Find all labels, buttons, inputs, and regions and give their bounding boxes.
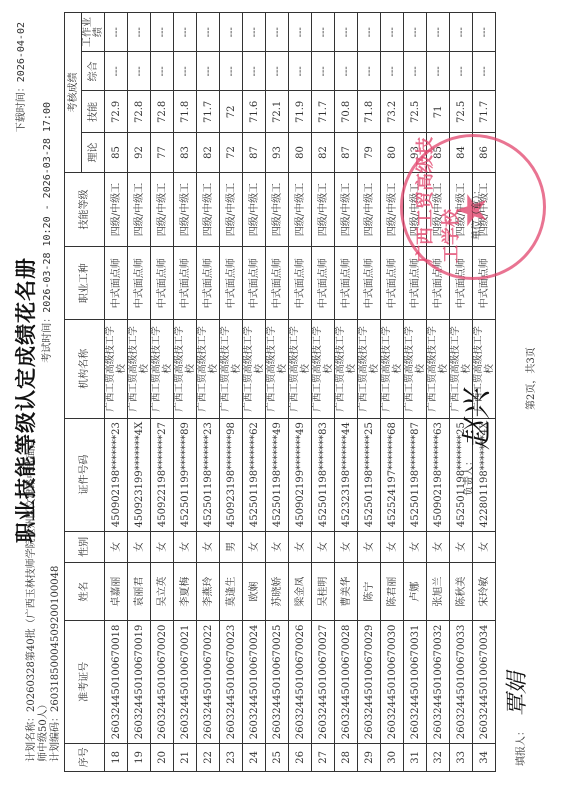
col-seq: 序号 — [65, 743, 105, 771]
cell-org: 广西工贸高级技工学校 — [266, 320, 289, 419]
cell-performance: --- — [312, 13, 335, 52]
col-overall: 综合 — [82, 52, 105, 91]
cell-name: 卓嘉丽 — [105, 563, 128, 621]
cell-seq: 26 — [289, 743, 312, 771]
cell-job: 中式面点师 — [335, 247, 358, 320]
cell-level: 四级/中级工 — [266, 172, 289, 247]
cell-ticket: 260324450100670024 — [243, 621, 266, 744]
table-row: 22260324450100670022李燕玲女452501198*******… — [197, 13, 220, 772]
cell-id: 452323198*******44 — [335, 418, 358, 531]
cell-org: 广西工贸高级技工学校 — [220, 320, 243, 419]
table-row: 24260324450100670024欧娴女452501198*******6… — [243, 13, 266, 772]
cell-job: 中式面点师 — [128, 247, 151, 320]
cell-name: 陈宁 — [358, 563, 381, 621]
cell-theory: 80 — [381, 133, 404, 172]
col-name: 姓名 — [65, 563, 105, 621]
cell-seq: 32 — [427, 743, 450, 771]
score-roster-page: 职业技能等级认定成绩花名册 下载时间：2026-04-02 考试时间：2026-… — [0, 0, 566, 800]
cell-skill: 71.8 — [174, 91, 197, 133]
table-row: 30260324450100670030陈君丽女452524197*******… — [381, 13, 404, 772]
cell-seq: 28 — [335, 743, 358, 771]
cell-id: 452501198*******83 — [312, 418, 335, 531]
cell-skill: 71 — [427, 91, 450, 133]
cell-job: 中式面点师 — [220, 247, 243, 320]
cell-skill: 70.8 — [335, 91, 358, 133]
cell-performance: --- — [105, 13, 128, 52]
table-row: 32260324450100670032张旭兰女450902198*******… — [427, 13, 450, 772]
cell-performance: --- — [174, 13, 197, 52]
cell-theory: 92 — [128, 133, 151, 172]
cell-ticket: 260324450100670029 — [358, 621, 381, 744]
col-ticket: 准考证号 — [65, 621, 105, 744]
cell-performance: --- — [450, 13, 473, 52]
cell-org: 广西工贸高级技工学校 — [105, 320, 128, 419]
cell-performance: --- — [358, 13, 381, 52]
cell-job: 中式面点师 — [151, 247, 174, 320]
cell-performance: --- — [266, 13, 289, 52]
cell-performance: --- — [289, 13, 312, 52]
col-id: 证件号码 — [65, 418, 105, 531]
cell-level: 四级/中级工 — [128, 172, 151, 247]
cell-overall: --- — [312, 52, 335, 91]
cell-seq: 24 — [243, 743, 266, 771]
cell-level: 四级/中级工 — [105, 172, 128, 247]
cell-skill: 71.8 — [358, 91, 381, 133]
cell-org: 广西工贸高级技工学校 — [289, 320, 312, 419]
table-row: 19260324450100670019袁丽君女450923199*******… — [128, 13, 151, 772]
col-scores: 考核成绩 — [65, 13, 82, 173]
col-theory: 理论 — [82, 133, 105, 172]
cell-id: 452501198*******23 — [197, 418, 220, 531]
cell-skill: 71.7 — [197, 91, 220, 133]
cell-seq: 23 — [220, 743, 243, 771]
cell-seq: 33 — [450, 743, 473, 771]
cell-ticket: 260324450100670027 — [312, 621, 335, 744]
cell-job: 中式面点师 — [266, 247, 289, 320]
cell-overall: --- — [450, 52, 473, 91]
cell-job: 中式面点师 — [197, 247, 220, 320]
table-body: 18260324450100670018卓嘉丽女450902198*******… — [105, 13, 496, 772]
cell-theory: 77 — [151, 133, 174, 172]
cell-org: 广西工贸高级技工学校 — [174, 320, 197, 419]
cell-overall: --- — [289, 52, 312, 91]
cell-name: 陈君丽 — [381, 563, 404, 621]
cell-skill: 71.7 — [473, 91, 496, 133]
cell-performance: --- — [335, 13, 358, 52]
cell-name: 卢娜 — [404, 563, 427, 621]
cell-overall: --- — [335, 52, 358, 91]
table-row: 20260324450100670020吴立英女450922198*******… — [151, 13, 174, 772]
cell-skill: 71.9 — [289, 91, 312, 133]
cell-sex: 女 — [358, 531, 381, 563]
cell-level: 四级/中级工 — [358, 172, 381, 247]
cell-sex: 女 — [450, 531, 473, 563]
cell-job: 中式面点师 — [105, 247, 128, 320]
cell-skill: 72.5 — [404, 91, 427, 133]
cell-skill: 73.2 — [381, 91, 404, 133]
cell-sex: 女 — [197, 531, 220, 563]
cell-overall: --- — [128, 52, 151, 91]
cell-skill: 72.8 — [151, 91, 174, 133]
cell-ticket: 260324450100670028 — [335, 621, 358, 744]
cell-org: 广西工贸高级技工学校 — [427, 320, 450, 419]
cell-ticket: 260324450100670020 — [151, 621, 174, 744]
cell-ticket: 260324450100670034 — [473, 621, 496, 744]
cell-overall: --- — [358, 52, 381, 91]
plan-name-continued: 师中级50人） — [38, 699, 50, 762]
exam-time: 考试时间：2026-03-28 10:20 - 2026-03-28 17:00 — [38, 102, 53, 363]
cell-sex: 女 — [335, 531, 358, 563]
cell-performance: --- — [128, 13, 151, 52]
filler-signature: 覃娟 — [500, 672, 531, 716]
plan-code: 计划编码：26031850004509200100048 — [50, 566, 62, 762]
table-row: 26260324450100670026梁金凤女450902199*******… — [289, 13, 312, 772]
cell-org: 广西工贸高级技工学校 — [381, 320, 404, 419]
cell-ticket: 260324450100670023 — [220, 621, 243, 744]
cell-name: 曹美华 — [335, 563, 358, 621]
cell-org: 广西工贸高级技工学校 — [197, 320, 220, 419]
cell-overall: --- — [105, 52, 128, 91]
seal-text: 广西工贸高级技工学校 — [411, 137, 463, 263]
cell-sex: 女 — [473, 531, 496, 563]
cell-id: 450923198*******98 — [220, 418, 243, 531]
cell-sex: 女 — [312, 531, 335, 563]
cell-theory: 79 — [358, 133, 381, 172]
table-row: 25260324450100670025苏晓娇女452501198*******… — [266, 13, 289, 772]
cell-skill: 71.7 — [312, 91, 335, 133]
cell-overall: --- — [427, 52, 450, 91]
cell-seq: 27 — [312, 743, 335, 771]
cell-seq: 31 — [404, 743, 427, 771]
cell-overall: --- — [243, 52, 266, 91]
cell-org: 广西工贸高级技工学校 — [358, 320, 381, 419]
cell-name: 欧娴 — [243, 563, 266, 621]
cell-id: 452501198*******62 — [243, 418, 266, 531]
cell-name: 陈秋美 — [450, 563, 473, 621]
cell-ticket: 260324450100670022 — [197, 621, 220, 744]
cell-theory: 80 — [289, 133, 312, 172]
responsible-signature: 赵兴 — [452, 390, 496, 450]
plan-name: 计划名称：20260328第40批（广西玉林技师学院玉州区文津路中式面点 — [26, 438, 38, 762]
table-row: 27260324450100670027吴桂明女452501198*******… — [312, 13, 335, 772]
cell-sex: 女 — [404, 531, 427, 563]
cell-id: 450922198*******27 — [151, 418, 174, 531]
cell-performance: --- — [243, 13, 266, 52]
cell-id: 450902198*******23 — [105, 418, 128, 531]
cell-theory: 83 — [174, 133, 197, 172]
cell-job: 中式面点师 — [381, 247, 404, 320]
cell-id: 452501199*******89 — [174, 418, 197, 531]
cell-name: 宋玲敏 — [473, 563, 496, 621]
table-row: 21260324450100670021李夏梅女452501199*******… — [174, 13, 197, 772]
filler-label: 填报人： — [512, 726, 527, 766]
cell-sex: 女 — [151, 531, 174, 563]
cell-performance: --- — [381, 13, 404, 52]
cell-level: 四级/中级工 — [151, 172, 174, 247]
cell-theory: 72 — [220, 133, 243, 172]
download-time: 下载时间：2026-04-02 — [12, 22, 27, 132]
cell-skill: 72.1 — [266, 91, 289, 133]
col-job: 职业工种 — [65, 247, 105, 320]
cell-name: 张旭兰 — [427, 563, 450, 621]
cell-id: 450902199*******49 — [289, 418, 312, 531]
cell-seq: 18 — [105, 743, 128, 771]
score-table: 序号 准考证号 姓名 性别 证件号码 机构名称 职业工种 技能等级 考核成绩 理… — [64, 12, 496, 772]
cell-id: 452501198*******49 — [266, 418, 289, 531]
cell-name: 莫逢生 — [220, 563, 243, 621]
cell-level: 四级/中级工 — [312, 172, 335, 247]
cell-id: 452501198*******87 — [404, 418, 427, 531]
cell-performance: --- — [151, 13, 174, 52]
cell-seq: 19 — [128, 743, 151, 771]
cell-sex: 女 — [174, 531, 197, 563]
cell-seq: 20 — [151, 743, 174, 771]
cell-performance: --- — [197, 13, 220, 52]
table-row: 28260324450100670028曹美华女452323198*******… — [335, 13, 358, 772]
cell-job: 中式面点师 — [312, 247, 335, 320]
cell-sex: 男 — [220, 531, 243, 563]
cell-ticket: 260324450100670033 — [450, 621, 473, 744]
cell-overall: --- — [151, 52, 174, 91]
cell-theory: 87 — [335, 133, 358, 172]
cell-sex: 女 — [243, 531, 266, 563]
cell-sex: 女 — [128, 531, 151, 563]
col-performance: 工作业绩 — [82, 13, 105, 52]
cell-org: 广西工贸高级技工学校 — [243, 320, 266, 419]
cell-id: 450902198*******63 — [427, 418, 450, 531]
cell-seq: 22 — [197, 743, 220, 771]
cell-skill: 71.6 — [243, 91, 266, 133]
cell-overall: --- — [197, 52, 220, 91]
cell-ticket: 260324450100670026 — [289, 621, 312, 744]
col-level: 技能等级 — [65, 172, 105, 247]
cell-sex: 女 — [427, 531, 450, 563]
cell-id: 452524197*******68 — [381, 418, 404, 531]
cell-overall: --- — [381, 52, 404, 91]
cell-org: 广西工贸高级技工学校 — [404, 320, 427, 419]
cell-id: 450923199*******4X — [128, 418, 151, 531]
table-row: 29260324450100670029陈宁女452501198*******2… — [358, 13, 381, 772]
page-info: 第2页，共3页 — [522, 347, 537, 410]
cell-skill: 72.5 — [450, 91, 473, 133]
cell-ticket: 260324450100670019 — [128, 621, 151, 744]
cell-theory: 93 — [266, 133, 289, 172]
cell-ticket: 260324450100670025 — [266, 621, 289, 744]
col-sex: 性别 — [65, 531, 105, 563]
cell-level: 四级/中级工 — [335, 172, 358, 247]
cell-org: 广西工贸高级技工学校 — [312, 320, 335, 419]
cell-overall: --- — [220, 52, 243, 91]
cell-org: 广西工贸高级技工学校 — [151, 320, 174, 419]
cell-job: 中式面点师 — [289, 247, 312, 320]
cell-level: 四级/中级工 — [174, 172, 197, 247]
cell-theory: 82 — [312, 133, 335, 172]
cell-job: 中式面点师 — [243, 247, 266, 320]
cell-overall: --- — [174, 52, 197, 91]
col-skill: 技能 — [82, 91, 105, 133]
cell-skill: 72.8 — [128, 91, 151, 133]
cell-theory: 85 — [105, 133, 128, 172]
cell-sex: 女 — [289, 531, 312, 563]
cell-job: 中式面点师 — [358, 247, 381, 320]
cell-name: 吴桂明 — [312, 563, 335, 621]
cell-level: 四级/中级工 — [289, 172, 312, 247]
cell-name: 苏晓娇 — [266, 563, 289, 621]
cell-overall: --- — [266, 52, 289, 91]
table-row: 31260324450100670031卢娜女452501198*******8… — [404, 13, 427, 772]
cell-org: 广西工贸高级技工学校 — [128, 320, 151, 419]
cell-name: 李夏梅 — [174, 563, 197, 621]
cell-seq: 29 — [358, 743, 381, 771]
cell-level: 四级/中级工 — [243, 172, 266, 247]
cell-ticket: 260324450100670018 — [105, 621, 128, 744]
cell-ticket: 260324450100670021 — [174, 621, 197, 744]
cell-overall: --- — [473, 52, 496, 91]
cell-ticket: 260324450100670032 — [427, 621, 450, 744]
col-org: 机构名称 — [65, 320, 105, 419]
cell-id: 452501198*******25 — [358, 418, 381, 531]
cell-level: 四级/中级工 — [197, 172, 220, 247]
table-row: 18260324450100670018卓嘉丽女450902198*******… — [105, 13, 128, 772]
cell-sex: 女 — [105, 531, 128, 563]
cell-skill: 72 — [220, 91, 243, 133]
cell-seq: 21 — [174, 743, 197, 771]
cell-sex: 女 — [381, 531, 404, 563]
cell-skill: 72.9 — [105, 91, 128, 133]
responsible-label: 负责人： — [460, 456, 475, 496]
cell-overall: --- — [404, 52, 427, 91]
cell-theory: 82 — [197, 133, 220, 172]
cell-ticket: 260324450100670030 — [381, 621, 404, 744]
unit-seal-label: 单位（章）： — [468, 185, 483, 240]
cell-ticket: 260324450100670031 — [404, 621, 427, 744]
cell-name: 袁丽君 — [128, 563, 151, 621]
cell-performance: --- — [473, 13, 496, 52]
cell-theory: 87 — [243, 133, 266, 172]
cell-performance: --- — [404, 13, 427, 52]
cell-seq: 30 — [381, 743, 404, 771]
cell-performance: --- — [427, 13, 450, 52]
cell-job: 中式面点师 — [174, 247, 197, 320]
cell-seq: 34 — [473, 743, 496, 771]
table-row: 23260324450100670023莫逢生男450923198*******… — [220, 13, 243, 772]
cell-sex: 女 — [266, 531, 289, 563]
cell-name: 李燕玲 — [197, 563, 220, 621]
cell-level: 四级/中级工 — [220, 172, 243, 247]
cell-seq: 25 — [266, 743, 289, 771]
cell-org: 广西工贸高级技工学校 — [335, 320, 358, 419]
cell-name: 梁金凤 — [289, 563, 312, 621]
cell-name: 吴立英 — [151, 563, 174, 621]
cell-performance: --- — [220, 13, 243, 52]
